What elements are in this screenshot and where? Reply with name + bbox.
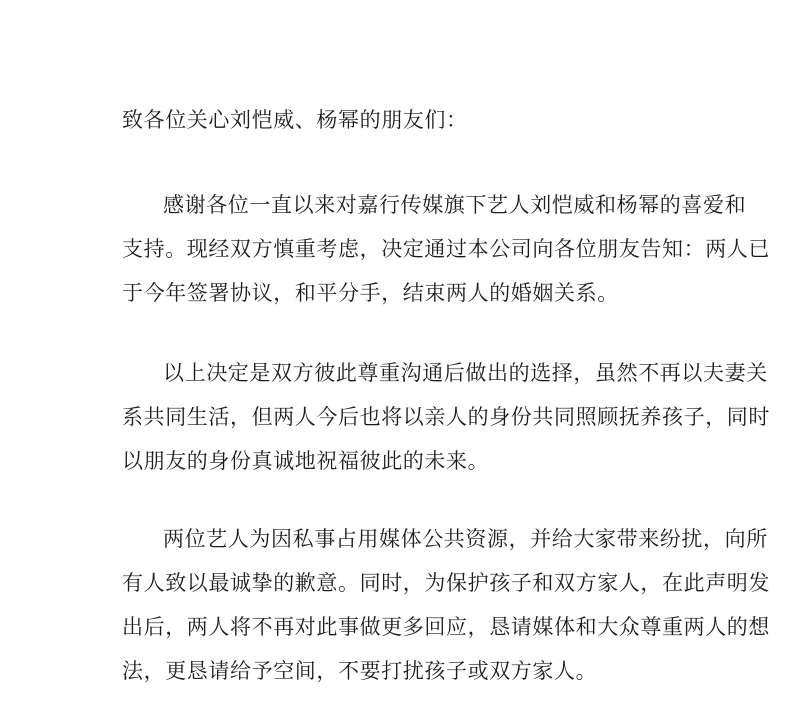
paragraph-line: 支持。现经双方慎重考虑，决定通过本公司向各位朋友告知：两人已 [122, 236, 770, 262]
paragraph-line: 出后，两人将不再对此事做更多回应，恳请媒体和大众尊重两人的想 [122, 614, 770, 640]
document-page: 致各位关心刘恺威、杨幂的朋友们： 感谢各位一直以来对嘉行传媒旗下艺人刘恺威和杨幂… [0, 0, 800, 706]
paragraph-line: 于今年签署协议，和平分手，结束两人的婚姻关系。 [122, 280, 619, 306]
paragraph-line: 两位艺人为因私事占用媒体公共资源，并给大家带来纷扰，向所 [163, 526, 768, 552]
paragraph-line: 以朋友的身份真诚地祝福彼此的未来。 [122, 448, 489, 474]
paragraph-line: 有人致以最诚挚的歉意。同时，为保护孩子和双方家人，在此声明发 [122, 570, 770, 596]
paragraph-line: 感谢各位一直以来对嘉行传媒旗下艺人刘恺威和杨幂的喜爱和 [163, 192, 746, 218]
paragraph-line: 法，更恳请给予空间，不要打扰孩子或双方家人。 [122, 658, 597, 684]
salutation: 致各位关心刘恺威、杨幂的朋友们： [122, 107, 468, 133]
paragraph-line: 以上决定是双方彼此尊重沟通后做出的选择，虽然不再以夫妻关 [163, 360, 768, 386]
paragraph-line: 系共同生活，但两人今后也将以亲人的身份共同照顾抚养孩子，同时 [122, 404, 770, 430]
